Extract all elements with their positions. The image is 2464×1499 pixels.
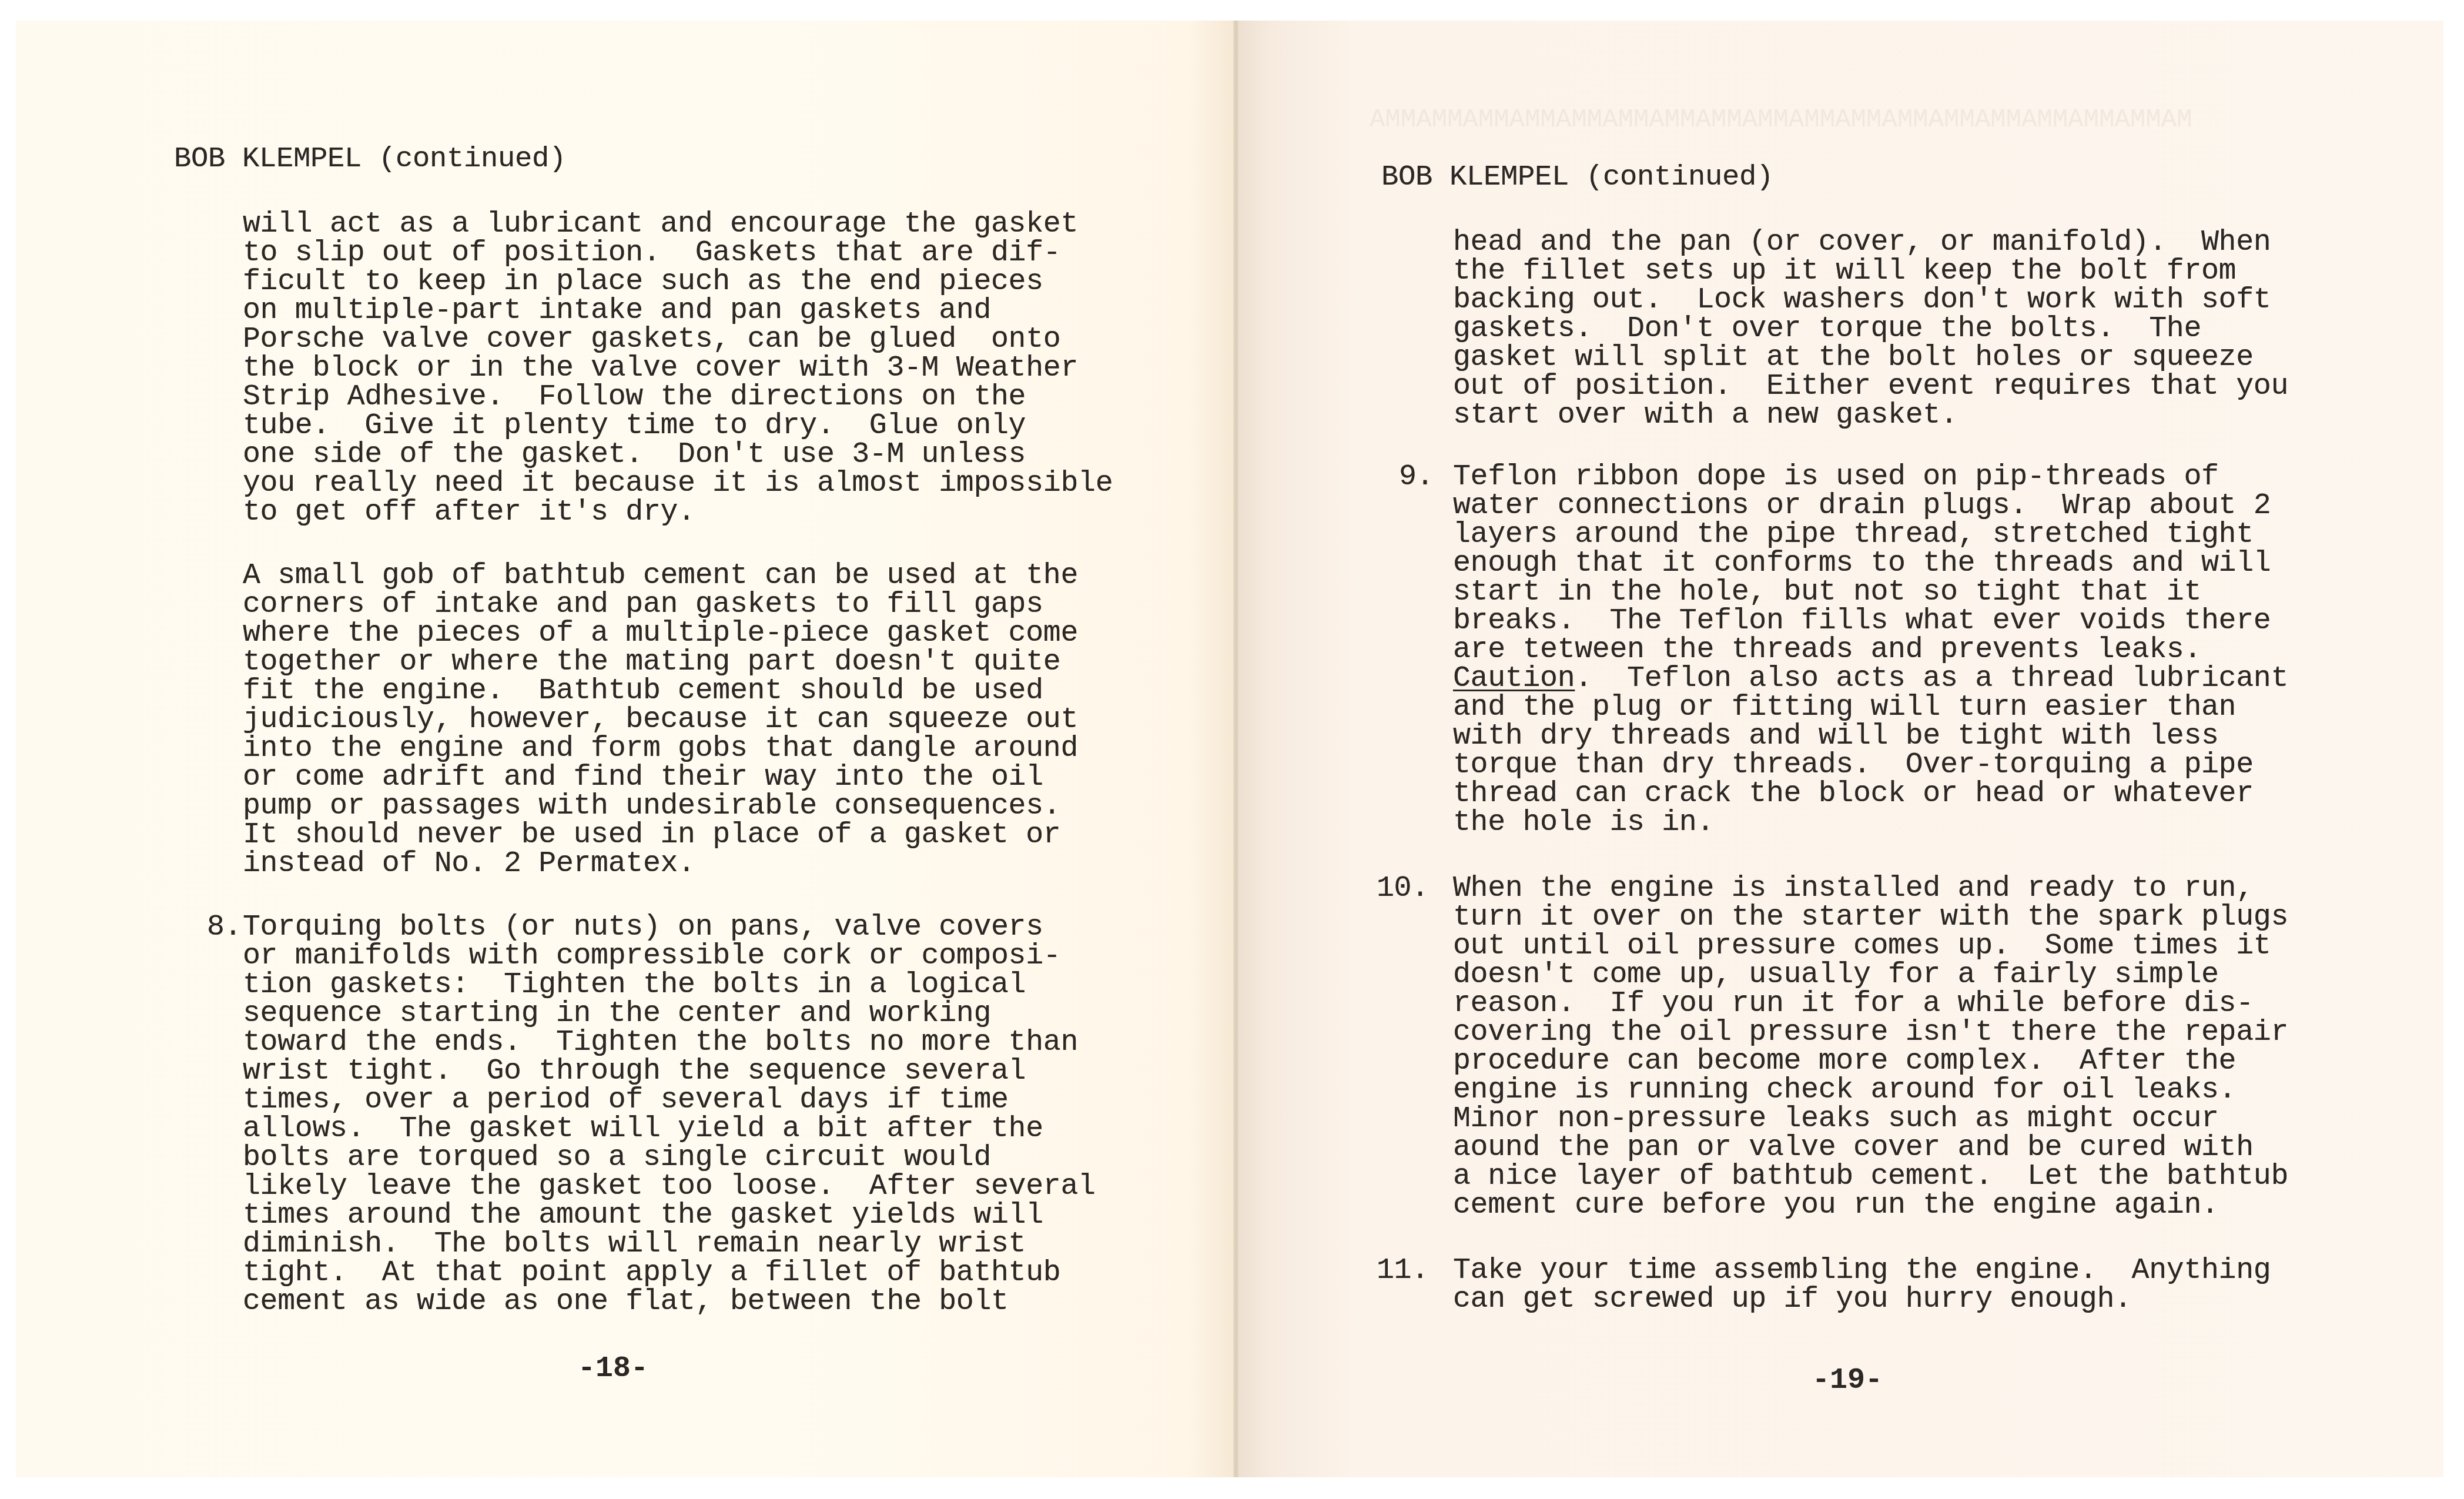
text-line: pump or passages with undesirable conseq… bbox=[243, 792, 1078, 821]
text-line: covering the oil pressure isn't there th… bbox=[1453, 1018, 2288, 1047]
right-paragraph-item-11: Take your time assembling the engine. An… bbox=[1453, 1256, 2271, 1314]
text-line: Teflon ribbon dope is used on pip-thread… bbox=[1453, 463, 2288, 491]
text-line: out of position. Either event requires t… bbox=[1453, 372, 2288, 401]
text-line: Torquing bolts (or nuts) on pans, valve … bbox=[243, 913, 1096, 942]
text-line: sequence starting in the center and work… bbox=[243, 999, 1096, 1028]
text-line: thread can crack the block or head or wh… bbox=[1453, 779, 2288, 808]
item-number-8: 8. bbox=[207, 913, 242, 942]
text-line: times around the amount the gasket yield… bbox=[243, 1201, 1096, 1230]
text-line: a nice layer of bathtub cement. Let the … bbox=[1453, 1162, 2288, 1191]
text-line: bolts are torqued so a single circuit wo… bbox=[243, 1143, 1096, 1172]
text-line: can get screwed up if you hurry enough. bbox=[1453, 1285, 2271, 1314]
text-line: cement as wide as one flat, between the … bbox=[243, 1287, 1096, 1316]
text-line: to slip out of position. Gaskets that ar… bbox=[243, 239, 1113, 267]
text-line: to get off after it's dry. bbox=[243, 498, 1113, 527]
text-line: gasket will split at the bolt holes or s… bbox=[1453, 343, 2288, 372]
text-line: torque than dry threads. Over-torquing a… bbox=[1453, 751, 2288, 779]
text-line: the fillet sets up it will keep the bolt… bbox=[1453, 257, 2288, 286]
text-line: A small gob of bathtub cement can be use… bbox=[243, 561, 1078, 590]
text-line: corners of intake and pan gaskets to fil… bbox=[243, 590, 1078, 619]
text-line: where the pieces of a multiple-piece gas… bbox=[243, 619, 1078, 648]
text-line: Minor non-pressure leaks such as might o… bbox=[1453, 1105, 2288, 1133]
right-page-header: BOB KLEMPEL (continued) bbox=[1381, 163, 1773, 192]
item-number-10: 10. bbox=[1377, 874, 1429, 903]
text-line: layers around the pipe thread, stretched… bbox=[1453, 520, 2288, 549]
right-paragraph-item-10: When the engine is installed and ready t… bbox=[1453, 874, 2288, 1220]
item-number-9: 9. bbox=[1399, 463, 1434, 491]
text-line: turn it over on the starter with the spa… bbox=[1453, 903, 2288, 932]
text-line: procedure can become more complex. After… bbox=[1453, 1047, 2288, 1076]
text-line: and the plug or fitting will turn easier… bbox=[1453, 693, 2288, 722]
text-line: cement cure before you run the engine ag… bbox=[1453, 1191, 2288, 1220]
text-line: one side of the gasket. Don't use 3-M un… bbox=[243, 440, 1113, 469]
text-line: breaks. The Teflon fills what ever voids… bbox=[1453, 607, 2288, 635]
page-number-right: -19- bbox=[1812, 1364, 1883, 1397]
text-line: When the engine is installed and ready t… bbox=[1453, 874, 2288, 903]
text-line: instead of No. 2 Permatex. bbox=[243, 849, 1078, 878]
text-line: with dry threads and will be tight with … bbox=[1453, 722, 2288, 751]
text-line: the hole is in. bbox=[1453, 808, 2288, 837]
text-line: on multiple-part intake and pan gaskets … bbox=[243, 296, 1113, 325]
text-line: head and the pan (or cover, or manifold)… bbox=[1453, 228, 2288, 257]
text-line: gaskets. Don't over torque the bolts. Th… bbox=[1453, 314, 2288, 343]
right-paragraph-1: head and the pan (or cover, or manifold)… bbox=[1453, 228, 2288, 430]
text-line: Caution. Teflon also acts as a thread lu… bbox=[1453, 664, 2288, 693]
text-line: allows. The gasket will yield a bit afte… bbox=[243, 1115, 1096, 1143]
text-line: backing out. Lock washers don't work wit… bbox=[1453, 286, 2288, 314]
left-paragraph-item-8: Torquing bolts (or nuts) on pans, valve … bbox=[243, 913, 1096, 1316]
text-line: together or where the mating part doesn'… bbox=[243, 648, 1078, 677]
text-line: water connections or drain plugs. Wrap a… bbox=[1453, 491, 2288, 520]
text-line: Strip Adhesive. Follow the directions on… bbox=[243, 383, 1113, 411]
left-paragraph-2: A small gob of bathtub cement can be use… bbox=[243, 561, 1078, 878]
text-line: times, over a period of several days if … bbox=[243, 1086, 1096, 1115]
text-line: tion gaskets: Tighten the bolts in a log… bbox=[243, 971, 1096, 999]
show-through-text: MAMMAMMAMMAMMAMMAMMAMMAMMAMMAMMAMMAMMAMM… bbox=[1370, 106, 2192, 135]
text-line: are tetween the threads and prevents lea… bbox=[1453, 635, 2288, 664]
text-line: Porsche valve cover gaskets, can be glue… bbox=[243, 325, 1113, 354]
text-line: toward the ends. Tighten the bolts no mo… bbox=[243, 1028, 1096, 1057]
text-line: start over with a new gasket. bbox=[1453, 401, 2288, 430]
text-line: out until oil pressure comes up. Some ti… bbox=[1453, 932, 2288, 961]
left-paragraph-1: will act as a lubricant and encourage th… bbox=[243, 210, 1113, 527]
item-number-11: 11. bbox=[1377, 1256, 1429, 1285]
text-line: Take your time assembling the engine. An… bbox=[1453, 1256, 2271, 1285]
text-line: engine is running check around for oil l… bbox=[1453, 1076, 2288, 1105]
text-line: start in the hole, but not so tight that… bbox=[1453, 578, 2288, 607]
right-paragraph-item-9: Teflon ribbon dope is used on pip-thread… bbox=[1453, 463, 2288, 837]
text-line: or manifolds with compressible cork or c… bbox=[243, 942, 1096, 971]
book-spread: MAMMAMMAMMAMMAMMAMMAMMAMMAMMAMMAMMAMMAMM… bbox=[0, 0, 2464, 1499]
text-line: It should never be used in place of a ga… bbox=[243, 821, 1078, 849]
text-line: will act as a lubricant and encourage th… bbox=[243, 210, 1113, 239]
text-line: enough that it conforms to the threads a… bbox=[1453, 549, 2288, 578]
text-line: the block or in the valve cover with 3-M… bbox=[243, 354, 1113, 383]
text-line: tube. Give it plenty time to dry. Glue o… bbox=[243, 411, 1113, 440]
text-line: or come adrift and find their way into t… bbox=[243, 763, 1078, 792]
text-line: diminish. The bolts will remain nearly w… bbox=[243, 1230, 1096, 1259]
text-line: likely leave the gasket too loose. After… bbox=[243, 1172, 1096, 1201]
text-line: reason. If you run it for a while before… bbox=[1453, 989, 2288, 1018]
text-line: wrist tight. Go through the sequence sev… bbox=[243, 1057, 1096, 1086]
book-spine bbox=[1233, 21, 1239, 1477]
text-line: into the engine and form gobs that dangl… bbox=[243, 734, 1078, 763]
text-line: judiciously, however, because it can squ… bbox=[243, 705, 1078, 734]
text-line: you really need it because it is almost … bbox=[243, 469, 1113, 498]
text-line: aound the pan or valve cover and be cure… bbox=[1453, 1133, 2288, 1162]
page-number-left: -18- bbox=[578, 1352, 648, 1386]
text-line: ficult to keep in place such as the end … bbox=[243, 267, 1113, 296]
text-line: doesn't come up, usually for a fairly si… bbox=[1453, 961, 2288, 989]
text-line: tight. At that point apply a fillet of b… bbox=[243, 1259, 1096, 1287]
left-page-header: BOB KLEMPEL (continued) bbox=[174, 145, 566, 173]
text-line: fit the engine. Bathtub cement should be… bbox=[243, 677, 1078, 705]
